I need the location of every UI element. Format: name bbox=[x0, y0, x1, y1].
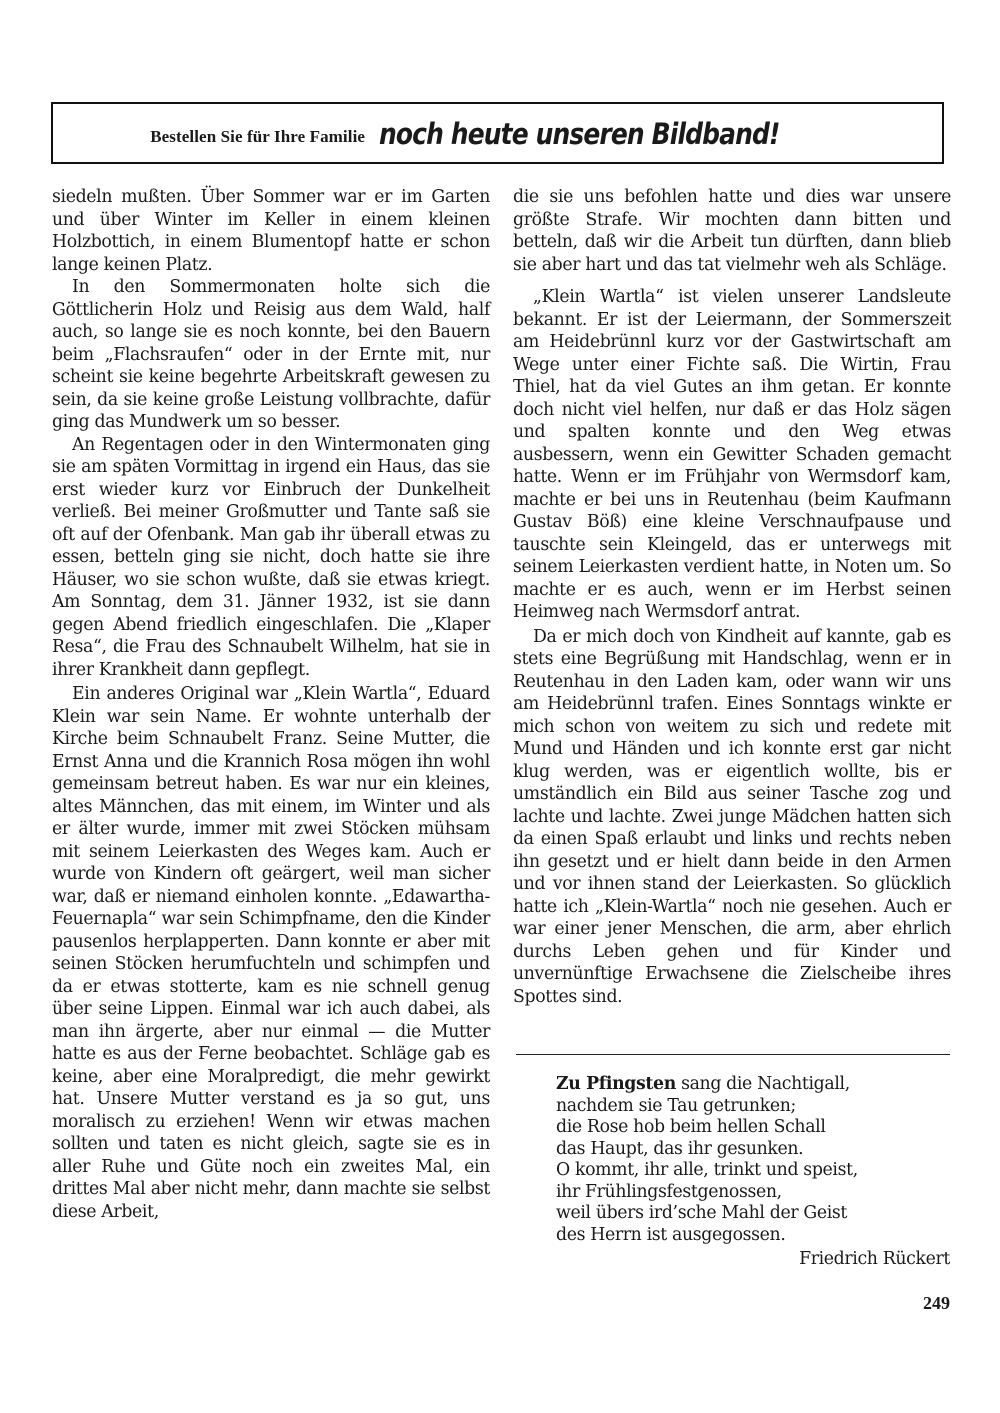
banner-highlight-text: noch heute unseren Bildband! bbox=[379, 117, 780, 151]
paragraph: In den Sommermonaten holte sich die Gött… bbox=[52, 276, 490, 434]
poem: Zu Pfingsten sang die Nachtigall, nachde… bbox=[556, 1074, 956, 1246]
paragraph: An Regentagen oder in den Wintermonaten … bbox=[52, 434, 490, 682]
poem-title: Zu Pfingsten bbox=[556, 1074, 676, 1094]
poem-first-line-rest: sang die Nachtigall, bbox=[676, 1074, 850, 1094]
paragraph: „Klein Wartla“ ist vielen unserer Landsl… bbox=[513, 286, 951, 624]
section-divider bbox=[516, 1054, 950, 1055]
paragraph: Ein anderes Original war „Klein Wartla“,… bbox=[52, 683, 490, 1223]
banner-lead-text: Bestellen Sie für Ihre Familie bbox=[150, 127, 365, 147]
poem-line: das Haupt, das ihr gesunken. bbox=[556, 1139, 956, 1161]
paragraph: siedeln mußten. Über Sommer war er im Ga… bbox=[52, 186, 490, 276]
poem-line: Zu Pfingsten sang die Nachtigall, bbox=[556, 1074, 956, 1096]
paragraph: die sie uns befohlen hatte und dies war … bbox=[513, 186, 951, 276]
advertisement-banner: Bestellen Sie für Ihre Familie noch heut… bbox=[51, 102, 944, 164]
poem-line: O kommt, ihr alle, trinkt und speist, bbox=[556, 1160, 956, 1182]
poem-line: die Rose hob beim hellen Schall bbox=[556, 1117, 956, 1139]
poem-author: Friedrich Rückert bbox=[799, 1249, 950, 1269]
poem-line: des Herrn ist ausgegossen. bbox=[556, 1225, 956, 1247]
right-text-column: die sie uns befohlen hatte und dies war … bbox=[513, 186, 951, 1008]
poem-line: nachdem sie Tau getrunken; bbox=[556, 1096, 956, 1118]
poem-line: ihr Frühlingsfestgenossen, bbox=[556, 1182, 956, 1204]
left-text-column: siedeln mußten. Über Sommer war er im Ga… bbox=[52, 186, 490, 1223]
paragraph: Da er mich doch von Kindheit auf kannte,… bbox=[513, 626, 951, 1009]
page-number: 249 bbox=[923, 1293, 950, 1314]
poem-line: weil übers ird’sche Mahl der Geist bbox=[556, 1203, 956, 1225]
